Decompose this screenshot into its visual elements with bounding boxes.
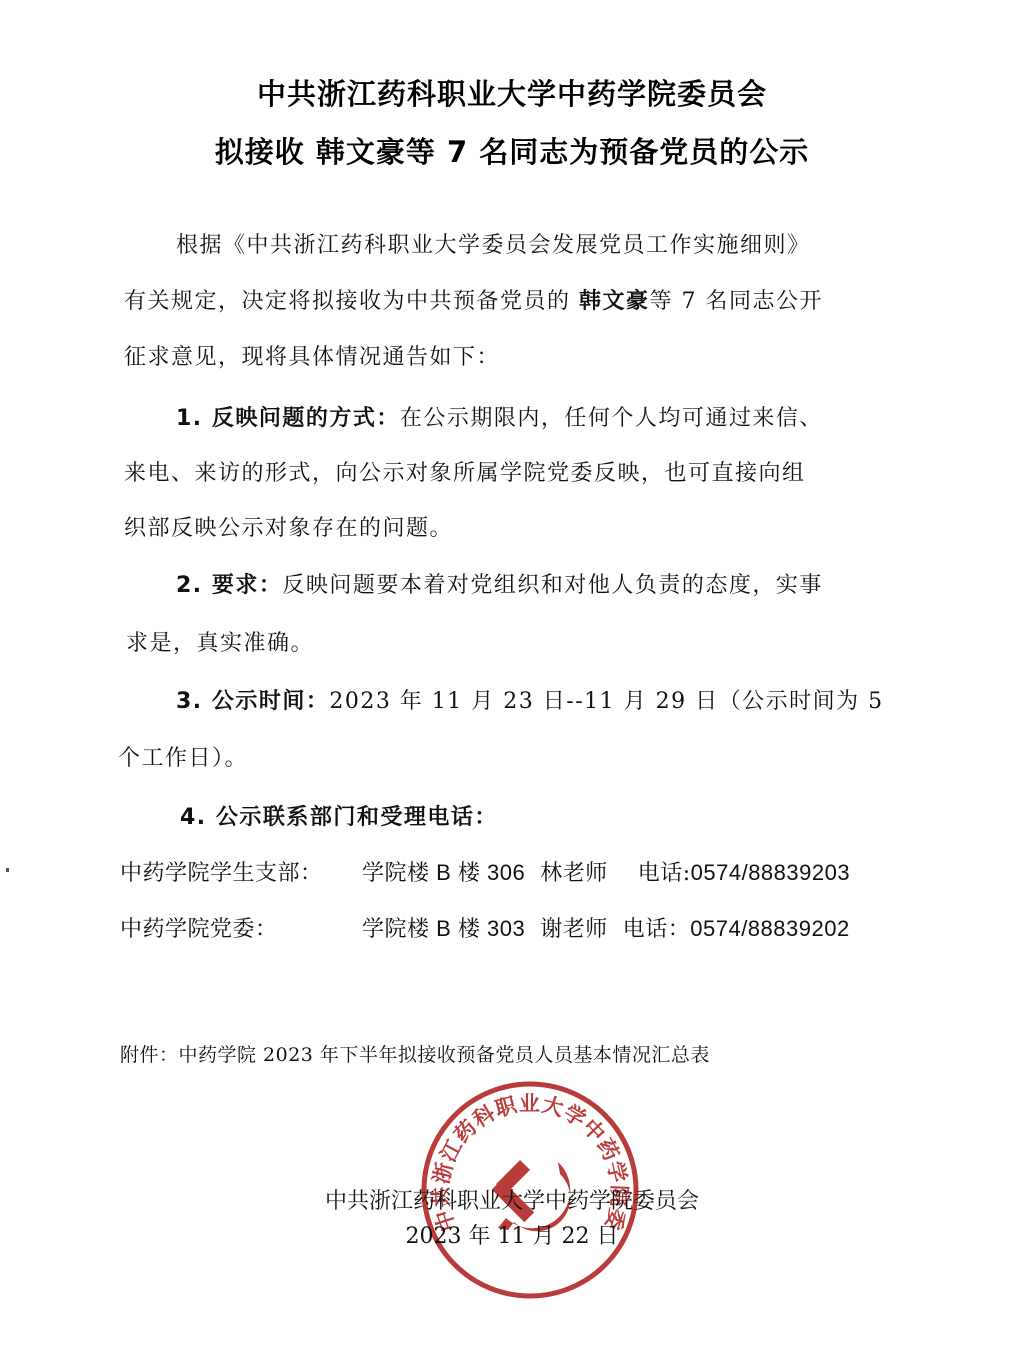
intro-line-2: 有关规定，决定将拟接收为中共预备党员的 韩文豪等 7 名同志公开 [124, 284, 823, 315]
intro-line-2-post: 等 7 名同志公开 [650, 289, 823, 314]
intro-line-1: 根据《中共浙江药科职业大学委员会发展党员工作实施细则》 [176, 228, 811, 259]
item-3-line-2: 个工作日）。 [118, 741, 248, 772]
intro-line-3: 征求意见，现将具体情况通告如下： [124, 340, 500, 371]
item-2-label: 2. 要求： [176, 573, 282, 598]
item-4-label: 4. 公示联系部门和受理电话： [180, 800, 498, 831]
contact-dept: 中药学院党委： [120, 912, 362, 943]
attachment-note: 附件：中药学院 2023 年下半年拟接收预备党员人员基本情况汇总表 [120, 1040, 710, 1067]
contact-phone: 0574/88839203 [691, 860, 850, 885]
item-3-line-1: 3. 公示时间：2023 年 11 月 23 日--11 月 29 日（公示时间… [176, 684, 884, 715]
signature-date: 2023 年 11 月 22 日 [0, 1219, 1024, 1250]
contact-location: 学院楼 B 楼 306 [362, 860, 525, 885]
item-3-label: 3. 公示时间： [176, 689, 329, 714]
contact-phone-label: 电话： [623, 917, 691, 942]
item-1-label: 1. 反映问题的方式： [176, 406, 400, 431]
item-1-line-2: 来电、来访的形式，向公示对象所属学院党委反映，也可直接向组 [124, 456, 806, 487]
item-3-text: 2023 年 11 月 23 日--11 月 29 日（公示时间为 5 [329, 689, 883, 714]
contact-location: 学院楼 B 楼 303 [362, 916, 525, 941]
signature-org: 中共浙江药科职业大学中药学院委员会 [0, 1184, 1024, 1215]
intro-line-2-pre: 有关规定，决定将拟接收为中共预备党员的 [124, 289, 579, 314]
item-2-text: 反映问题要本着对党组织和对他人负责的态度，实事 [282, 573, 823, 598]
item-1-text: 在公示期限内，任何个人均可通过来信、 [400, 406, 823, 431]
contact-person: 谢老师 [540, 917, 608, 942]
contact-phone: 0574/88839202 [690, 916, 849, 941]
contact-dept: 中药学院学生支部： [120, 856, 362, 887]
contact-phone-label: 电话: [638, 861, 691, 886]
contact-row: 中药学院党委：学院楼 B 楼 303 谢老师 电话：0574/88839202 [120, 912, 850, 943]
nominee-name: 韩文豪 [579, 289, 650, 314]
item-1-line-3: 织部反映公示对象存在的问题。 [124, 511, 453, 542]
title-line-1: 中共浙江药科职业大学中药学院委员会 [0, 72, 1024, 113]
title-line-2: 拟接收 韩文豪等 7 名同志为预备党员的公示 [0, 130, 1024, 171]
item-2-line-1: 2. 要求：反映问题要本着对党组织和对他人负责的态度，实事 [176, 568, 823, 599]
contact-row: 中药学院学生支部：学院楼 B 楼 306 林老师 电话:0574/8883920… [120, 856, 850, 887]
scan-speck [6, 868, 9, 872]
item-2-line-2: 求是，真实准确。 [126, 626, 314, 657]
contact-person: 林老师 [540, 861, 608, 886]
item-1-line-1: 1. 反映问题的方式：在公示期限内，任何个人均可通过来信、 [176, 401, 823, 432]
